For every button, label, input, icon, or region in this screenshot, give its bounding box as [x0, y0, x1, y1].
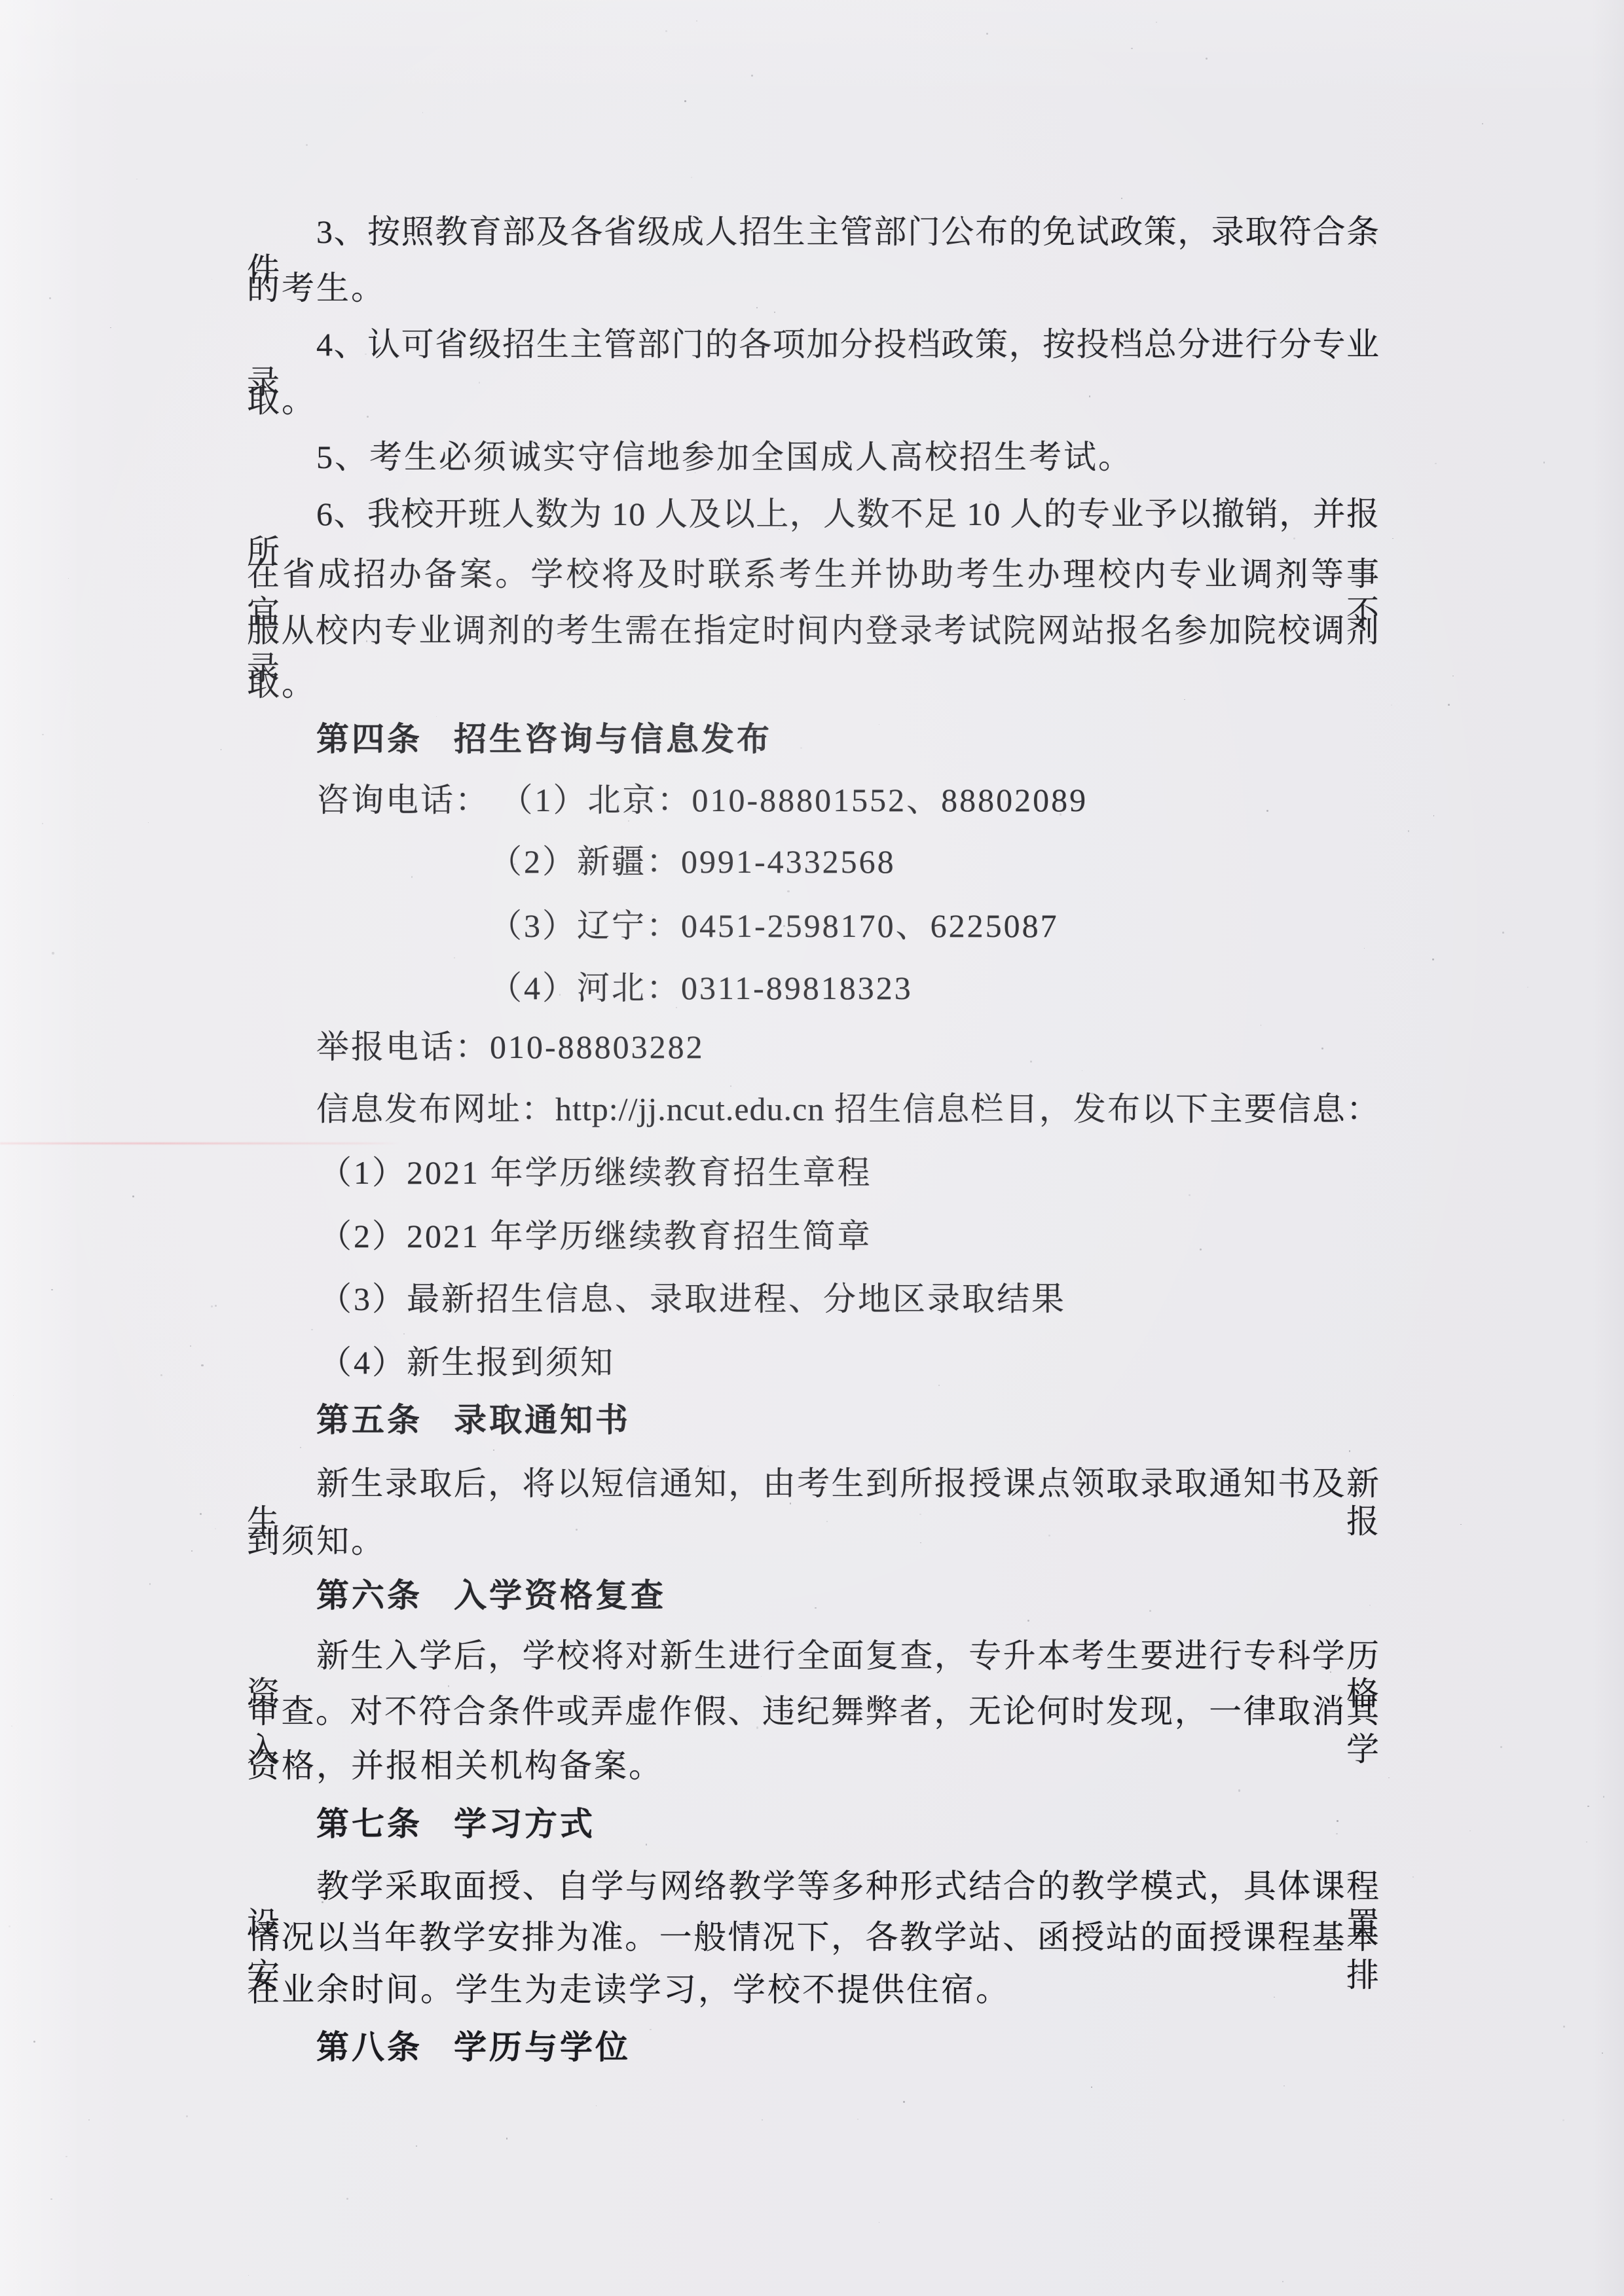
- noise-speck: [1500, 1746, 1502, 1748]
- noise-speck: [1091, 2086, 1092, 2087]
- section-heading: 第四条招生咨询与信息发布: [247, 720, 1380, 758]
- noise-speck: [454, 957, 455, 958]
- text-line: （3）最新招生信息、录取进程、分地区录取结果: [247, 1280, 1380, 1318]
- noise-speck: [306, 144, 308, 146]
- noise-speck: [1349, 1450, 1351, 1452]
- noise-speck: [1562, 2119, 1564, 2121]
- noise-speck: [49, 297, 51, 299]
- text-line: 5、考生必须诚实守信地参加全国成人高校招生考试。: [247, 438, 1380, 476]
- section-heading-title: 入学资格复查: [454, 1577, 666, 1614]
- noise-speck: [1408, 830, 1410, 832]
- noise-speck: [1448, 704, 1450, 706]
- noise-speck: [42, 734, 43, 735]
- noise-speck: [684, 100, 686, 102]
- text-line: 举报电话：010-88803282: [247, 1028, 1380, 1066]
- noise-speck: [1433, 815, 1434, 816]
- noise-speck: [422, 112, 424, 113]
- noise-speck: [1502, 932, 1504, 934]
- noise-speck: [903, 2101, 905, 2103]
- noise-speck: [493, 1449, 495, 1451]
- noise-speck: [1392, 538, 1393, 539]
- noise-speck: [422, 211, 424, 212]
- noise-speck: [665, 30, 667, 32]
- noise-speck: [33, 2041, 35, 2043]
- section-heading: 第七条学习方式: [247, 1805, 1380, 1843]
- noise-speck: [691, 177, 692, 178]
- noise-speck: [628, 820, 629, 822]
- noise-speck: [110, 327, 111, 329]
- noise-speck: [88, 2119, 90, 2121]
- section-heading: 第八条学历与学位: [247, 2028, 1380, 2066]
- noise-speck: [160, 1374, 162, 1376]
- noise-speck: [416, 2145, 417, 2147]
- noise-speck: [1603, 1796, 1605, 1798]
- noise-speck: [1282, 2281, 1283, 2282]
- noise-speck: [1121, 198, 1122, 199]
- noise-speck: [221, 749, 221, 750]
- noise-speck: [1027, 1620, 1029, 1622]
- noise-speck: [1460, 1524, 1462, 1525]
- text-line: （2）新疆：0991-4332568: [247, 843, 1380, 881]
- noise-speck: [212, 279, 212, 280]
- noise-speck: [311, 1329, 313, 1331]
- noise-speck: [1189, 1194, 1190, 1196]
- noise-speck: [436, 716, 437, 717]
- noise-speck: [787, 890, 789, 892]
- noise-speck: [1469, 1831, 1471, 1832]
- noise-speck: [1391, 704, 1392, 706]
- noise-speck: [1238, 1789, 1240, 1791]
- noise-speck: [211, 1305, 213, 1307]
- text-line: 资格，并报相关机构备案。: [247, 1747, 1380, 1785]
- noise-speck: [13, 1395, 14, 1396]
- section-heading-number: 第七条: [316, 1806, 422, 1842]
- noise-speck: [1156, 22, 1157, 23]
- noise-speck: [730, 1085, 731, 1087]
- noise-speck: [1482, 123, 1483, 124]
- noise-speck: [596, 2105, 597, 2107]
- noise-speck: [1602, 2052, 1603, 2054]
- noise-speck: [186, 2115, 188, 2117]
- document-page: 3、按照教育部及各省级成人招生主管部门公布的免试政策，录取符合条件的考生。4、认…: [0, 0, 1624, 2296]
- noise-speck: [1563, 2026, 1564, 2027]
- noise-speck: [879, 2222, 879, 2223]
- noise-speck: [215, 1528, 216, 1529]
- text-line: （1）2021 年学历继续教育招生章程: [247, 1154, 1380, 1192]
- noise-speck: [1082, 1070, 1082, 1071]
- noise-speck: [609, 881, 610, 882]
- noise-speck: [42, 823, 43, 824]
- text-line: （4）河北：0311-89818323: [247, 969, 1380, 1007]
- noise-speck: [68, 578, 69, 579]
- noise-speck: [1543, 462, 1545, 463]
- scan-artifact-line: [0, 1142, 401, 1144]
- section-heading: 第六条入学资格复查: [247, 1576, 1380, 1614]
- noise-speck: [132, 1195, 134, 1197]
- noise-speck: [1261, 1025, 1261, 1025]
- noise-speck: [986, 33, 988, 35]
- text-line: 取。: [247, 665, 1380, 703]
- section-heading-number: 第六条: [316, 1577, 422, 1614]
- noise-speck: [11, 1726, 12, 1726]
- noise-speck: [646, 1844, 648, 1846]
- section-heading-number: 第五条: [316, 1402, 422, 1438]
- text-line: 在业余时间。学生为走读学习，学校不提供住宿。: [247, 1971, 1380, 2009]
- noise-speck: [1412, 1876, 1414, 1878]
- text-line: （2）2021 年学历继续教育招生简章: [247, 1217, 1380, 1255]
- noise-speck: [1364, 948, 1365, 949]
- noise-speck: [774, 312, 775, 313]
- noise-speck: [676, 1007, 677, 1008]
- noise-speck: [1527, 987, 1528, 988]
- noise-speck: [50, 2198, 52, 2200]
- section-heading-number: 第四条: [316, 721, 422, 757]
- text-line: 咨询电话： （1）北京：010-88801552、88802089: [247, 781, 1380, 819]
- noise-speck: [51, 1289, 52, 1290]
- noise-speck: [696, 20, 697, 22]
- noise-speck: [1131, 48, 1132, 49]
- noise-speck: [65, 2156, 67, 2157]
- noise-speck: [1587, 1806, 1589, 1808]
- section-heading-title: 录取通知书: [454, 1402, 631, 1438]
- noise-speck: [52, 952, 54, 954]
- section-heading: 第五条录取通知书: [247, 1401, 1380, 1439]
- noise-speck: [403, 1334, 405, 1335]
- noise-speck: [1586, 1842, 1587, 1842]
- noise-speck: [1283, 2085, 1285, 2086]
- noise-speck: [1388, 1777, 1390, 1779]
- noise-speck: [215, 1305, 217, 1307]
- text-line: （3）辽宁：0451-2598170、6225087: [247, 907, 1380, 945]
- noise-speck: [762, 2119, 763, 2121]
- noise-speck: [300, 1447, 301, 1448]
- noise-speck: [248, 2275, 249, 2276]
- noise-speck: [506, 2138, 507, 2139]
- section-heading-number: 第八条: [316, 2029, 422, 2066]
- noise-speck: [200, 1513, 202, 1515]
- noise-speck: [346, 2198, 348, 2200]
- noise-speck: [756, 307, 758, 308]
- noise-speck: [1206, 58, 1208, 60]
- noise-speck: [149, 1583, 151, 1584]
- noise-speck: [136, 179, 138, 180]
- text-line: 的考生。: [247, 269, 1380, 307]
- text-line: （4）新生报到须知: [247, 1343, 1380, 1381]
- noise-speck: [191, 1550, 193, 1552]
- noise-speck: [201, 1364, 203, 1366]
- section-heading-title: 招生咨询与信息发布: [454, 721, 772, 757]
- text-line: 到须知。: [247, 1522, 1380, 1560]
- section-heading-title: 学习方式: [454, 1806, 595, 1842]
- noise-speck: [9, 1925, 10, 1927]
- noise-speck: [190, 1345, 191, 1347]
- section-heading-title: 学历与学位: [454, 2029, 631, 2066]
- noise-speck: [1435, 463, 1436, 464]
- noise-speck: [1432, 958, 1433, 960]
- noise-speck: [148, 822, 149, 824]
- text-line: 取。: [247, 382, 1380, 420]
- noise-speck: [857, 2119, 858, 2120]
- noise-speck: [938, 1385, 940, 1386]
- noise-speck: [751, 75, 753, 77]
- text-line: 信息发布网址：http://jj.ncut.edu.cn 招生信息栏目，发布以下…: [247, 1090, 1380, 1128]
- noise-speck: [1452, 676, 1453, 676]
